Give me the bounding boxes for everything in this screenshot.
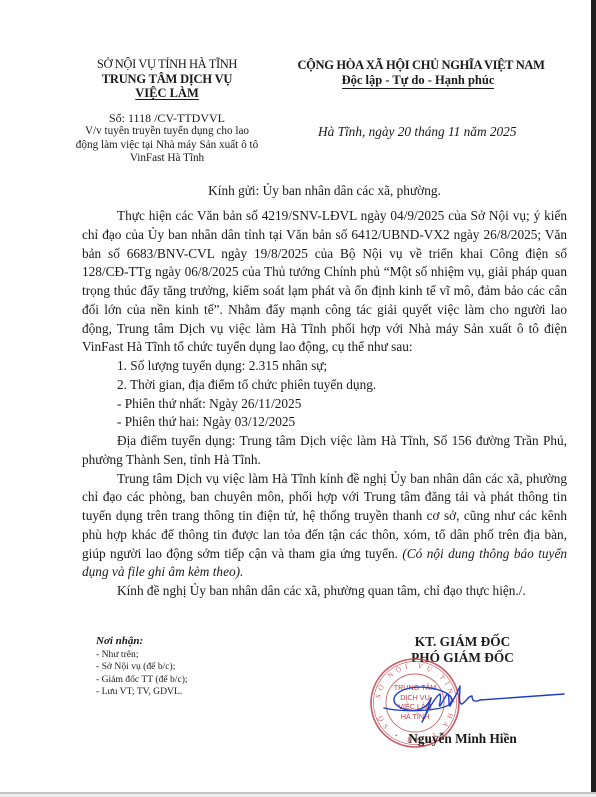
viewer-right-edge [591, 0, 596, 792]
subject-line: động làm việc tại Nhà máy Sản xuất ô tô [62, 139, 272, 153]
document-body: Thực hiện các Văn bản số 4219/SNV-LĐVL n… [82, 207, 567, 601]
item-time-location: 2. Thời gian, địa điểm tổ chức phiên tuy… [82, 376, 567, 395]
subject-line: V/v tuyên truyền tuyển dụng cho lao [62, 125, 272, 139]
recipient-line: Kính gửi: Ủy ban nhân dân các xã, phường… [82, 183, 567, 199]
session-first: - Phiên thứ nhất: Ngày 26/11/2025 [82, 395, 567, 414]
recruitment-location: Địa điểm tuyển dụng: Trung tâm Dịch việc… [82, 432, 567, 470]
document-number: Số: 1118 /CV-TTDVVL [62, 111, 272, 126]
item-recruitment-count: 1. Số lượng tuyển dụng: 2.315 nhân sự; [82, 357, 567, 376]
session-second: - Phiên thứ hai: Ngày 03/12/2025 [82, 413, 567, 432]
national-title: CỘNG HÒA XÃ HỘI CHỦ NGHĨA VIỆT NAM [250, 58, 592, 73]
signature-title-line1: KT. GIÁM ĐỐC [360, 634, 565, 650]
signer-name: Nguyễn Minh Hiền [360, 731, 565, 747]
recipients-title: Nơi nhận: [96, 635, 296, 647]
handwritten-signature-icon [380, 676, 565, 724]
document-date: Hà Tĩnh, ngày 20 tháng 11 năm 2025 [318, 124, 578, 140]
document-page: SỞ NỘI VỤ TỈNH HÀ TĨNH TRUNG TÂM DỊCH VỤ… [0, 0, 591, 792]
recipient-item: - Như trên; [96, 649, 296, 661]
national-motto: Độc lập - Tự do - Hạnh phúc [342, 73, 495, 90]
agency-name-line2: VIỆC LÀM [135, 86, 199, 100]
recipient-item: - Giám đốc TT (để b/c); [96, 674, 296, 686]
ministry-name: SỞ NỘI VỤ TỈNH HÀ TĨNH [62, 57, 272, 72]
recipient-item: - Sở Nội vụ (để b/c); [96, 661, 296, 673]
closing-paragraph: Kính đề nghị Ủy ban nhân dân các xã, phư… [82, 582, 567, 601]
recipients-list: Nơi nhận: - Như trên; - Sở Nội vụ (để b/… [96, 635, 296, 698]
issuing-agency-header: SỞ NỘI VỤ TỈNH HÀ TĨNH TRUNG TÂM DỊCH VỤ… [62, 57, 272, 166]
body-paragraph-request: Trung tâm Dịch vụ việc làm Hà Tĩnh kính … [82, 470, 567, 583]
agency-name-line1: TRUNG TÂM DỊCH VỤ [62, 72, 272, 87]
subject-line: VinFast Hà Tĩnh [62, 152, 272, 166]
national-header: CỘNG HÒA XÃ HỘI CHỦ NGHĨA VIỆT NAM Độc l… [272, 58, 592, 89]
recipient-item: - Lưu VT; TV, GDVL. [96, 686, 296, 698]
body-paragraph-intro: Thực hiện các Văn bản số 4219/SNV-LĐVL n… [82, 207, 567, 357]
document-subject: V/v tuyên truyền tuyển dụng cho lao động… [62, 125, 272, 166]
